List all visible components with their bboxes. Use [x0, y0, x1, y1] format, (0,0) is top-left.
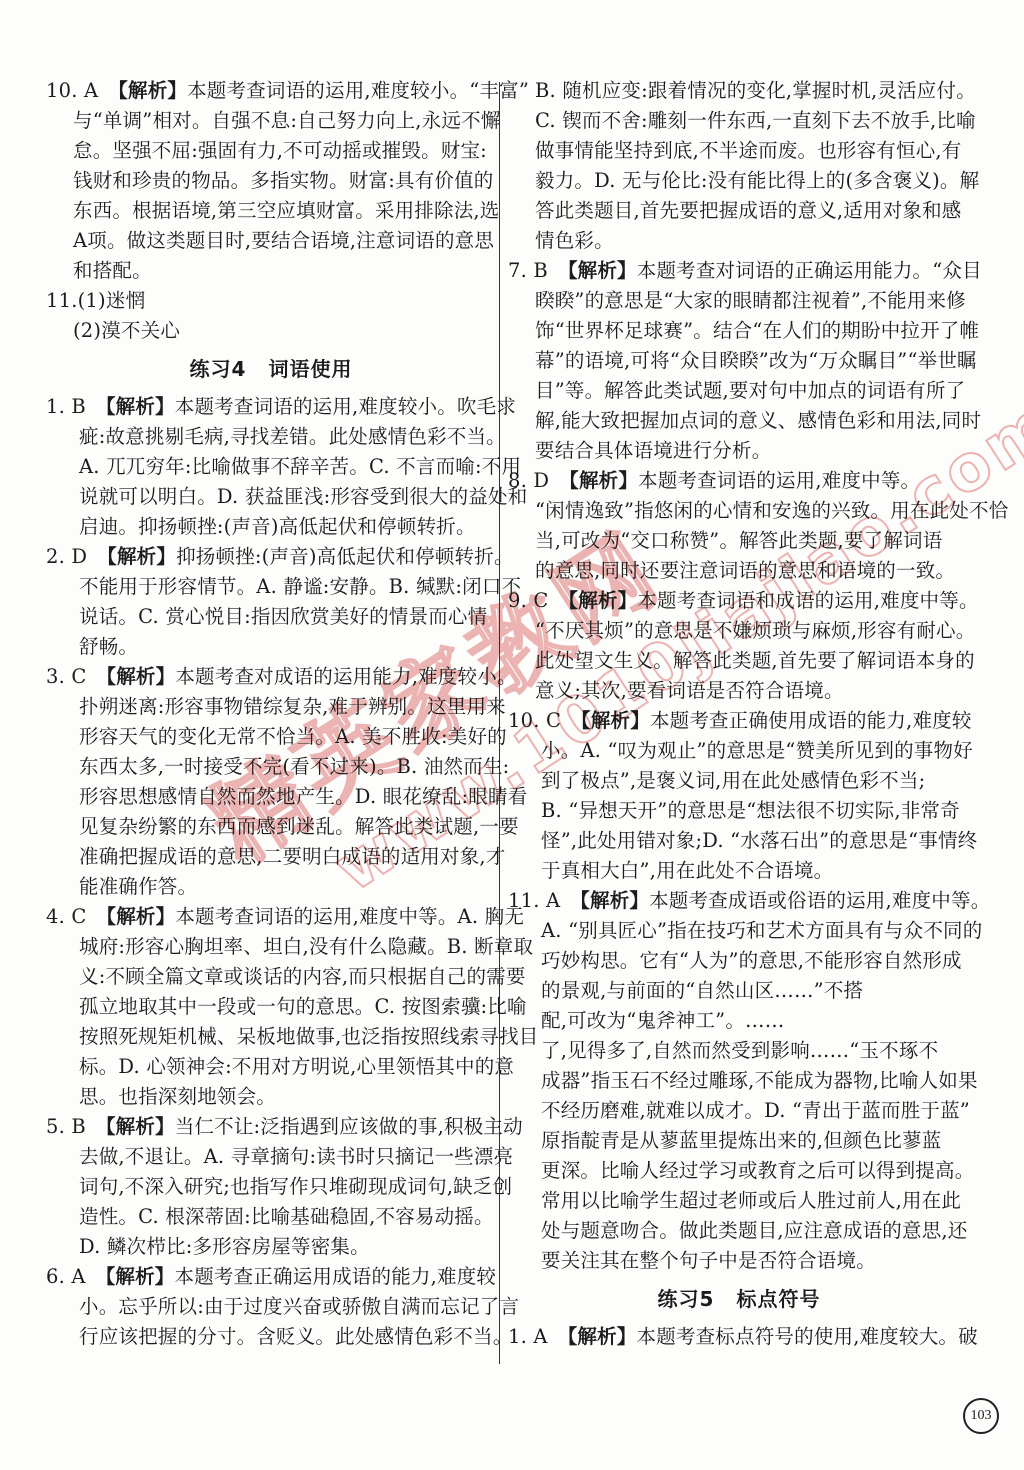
answer-text: 毅力。D. 无与伦比:没有能比得上的(多含褒义)。解 [508, 166, 970, 196]
answer-text: 睽睽”的意思是“大家的眼睛都注视着”,不能用来修 [508, 286, 970, 316]
answer-item-s4-6-continued: B. 随机应变:跟着情况的变化,掌握时机,灵活应付。 C. 锲而不舍:雕刻一件东… [508, 76, 970, 256]
section-title: 词语使用 [268, 357, 352, 381]
answer-number: 10. A [46, 76, 98, 106]
answer-text: A. “别具匠心”指在技巧和艺术方面具有与众不同的 [508, 916, 970, 946]
answer-text: 与“单调”相对。自强不息:自己努力向上,永远不懈 [46, 106, 496, 136]
answer-text: 本题考查词语的运用,难度中等。 [638, 469, 920, 492]
answer-text: C. 锲而不舍:雕刻一件东西,一直刻下去不放手,比喻 [508, 106, 970, 136]
answer-text: 说就可以明白。D. 获益匪浅:形容受到很大的益处和 [46, 482, 496, 512]
answer-text: 本题考查词语的运用,难度较小。“丰富” [187, 79, 529, 102]
answer-text: 本题考查词语的运用,难度中等。A. 胸无 [175, 905, 524, 928]
answer-number: 10. C [508, 706, 561, 736]
answer-item-s4-3: 3. C【解析】本题考查对成语的运用能力,难度较小。 扑朔迷离:形容事物错综复杂… [46, 662, 496, 902]
answer-item-s4-6: 6. A【解析】本题考查正确运用成语的能力,难度较 小。忘乎所以:由于过度兴奋或… [46, 1262, 496, 1352]
answer-text: “闲情逸致”指悠闲的心情和安逸的兴致。用在此处不恰 [508, 496, 970, 526]
right-column: B. 随机应变:跟着情况的变化,掌握时机,灵活应付。 C. 锲而不舍:雕刻一件东… [508, 76, 970, 1352]
answer-text: 要结合具体语境进行分析。 [508, 436, 970, 466]
answer-text: 扑朔迷离:形容事物错综复杂,难于辨别。这里用来 [46, 692, 496, 722]
analysis-tag: 【解析】 [97, 665, 176, 688]
answer-key-page: 精英家教网 www.1010jiajiao.com 10. A【解析】本题考查词… [0, 0, 1024, 1470]
analysis-tag: 【解析】 [559, 589, 638, 612]
analysis-tag: 【解析】 [97, 905, 176, 928]
answer-text: 本题考查词语和成语的运用,难度中等。 [637, 589, 978, 612]
section-heading-5: 练习5标点符号 [508, 1276, 970, 1322]
answer-text: 词句,不深入研究;也指写作只堆砌现成词句,缺乏创 [46, 1172, 496, 1202]
answer-number: 6. A [46, 1262, 86, 1292]
answer-text: D. 鳞次栉比:多形容房屋等密集。 [46, 1232, 496, 1262]
answer-text: 小。忘乎所以:由于过度兴奋或骄傲自满而忘记了言 [46, 1292, 496, 1322]
answer-text: A. 兀兀穷年:比喻做事不辞辛苦。C. 不言而喻:不用 [46, 452, 496, 482]
analysis-tag: 【解析】 [96, 1115, 175, 1138]
answer-text: 当仁不让:泛指遇到应该做的事,积极主动 [175, 1115, 523, 1138]
answer-text: 巧妙构思。它有“人为”的意思,不能形容自然形成 [508, 946, 970, 976]
analysis-tag: 【解析】 [96, 1265, 175, 1288]
answer-text: 当,可改为“交口称赞”。解答此类题,要了解词语 [508, 526, 970, 556]
answer-item-s4-5: 5. B【解析】当仁不让:泛指遇到应该做的事,积极主动 去做,不退让。A. 寻章… [46, 1112, 496, 1262]
answer-text: 本题考查标点符号的使用,难度较大。破 [637, 1325, 978, 1348]
answer-text: 按照死规矩机械、呆板地做事,也泛指按照线索寻找目 [46, 1022, 496, 1052]
answer-text: B. 随机应变:跟着情况的变化,掌握时机,灵活应付。 [508, 76, 970, 106]
answer-text: 形容天气的变化无常不恰当。A. 美不胜收:美好的 [46, 722, 496, 752]
answer-text: “不厌其烦”的意思是不嫌烦琐与麻烦,形容有耐心。 [508, 616, 970, 646]
answer-text: B. “异想天开”的意思是“想法很不切实际,非常奇 [508, 796, 970, 826]
answer-text: 的景观,与前面的“自然山区……”不搭 [508, 976, 970, 1006]
answer-text: 到了极点”,是褒义词,用在此处感情色彩不当; [508, 766, 970, 796]
page-number-badge: 103 [963, 1398, 999, 1434]
answer-number: 9. C [508, 586, 549, 616]
answer-text: 解,能大致把握加点词的意义、感情色彩和用法,同时 [508, 406, 970, 436]
section-label: 练习5 [658, 1287, 715, 1311]
answer-number: 7. B [508, 256, 548, 286]
answer-number: 2. D [46, 542, 87, 572]
answer-text: 形容思想感情自然而然地产生。D. 眼花缭乱:眼睛看 [46, 782, 496, 812]
analysis-tag: 【解析】 [571, 709, 650, 732]
left-column: 10. A【解析】本题考查词语的运用,难度较小。“丰富” 与“单调”相对。自强不… [46, 76, 496, 1352]
analysis-tag: 【解析】 [97, 545, 176, 568]
answer-text: 答此类题目,首先要把握成语的意义,适用对象和感 [508, 196, 970, 226]
answer-item-s4-8: 8. D【解析】本题考查词语的运用,难度中等。 “闲情逸致”指悠闲的心情和安逸的… [508, 466, 970, 586]
answer-number: 4. C [46, 902, 87, 932]
answer-text: 本题考查对词语的正确运用能力。“众目 [637, 259, 982, 282]
answer-text: 思。也指深刻地领会。 [46, 1082, 496, 1112]
answer-text: 去做,不退让。A. 寻章摘句:读书时只摘记一些漂亮 [46, 1142, 496, 1172]
answer-item-10: 10. A【解析】本题考查词语的运用,难度较小。“丰富” 与“单调”相对。自强不… [46, 76, 496, 286]
answer-text: 东西太多,一时接受不完(看不过来)。B. 油然而生: [46, 752, 496, 782]
answer-item-s4-4: 4. C【解析】本题考查词语的运用,难度中等。A. 胸无 城府:形容心胸坦率、坦… [46, 902, 496, 1112]
answer-text: 更深。比喻人经过学习或教育之后可以得到提高。 [508, 1156, 970, 1186]
answer-text: 本题考查成语或俗语的运用,难度中等。 [649, 889, 990, 912]
answer-text: 意义;其次,要看词语是否符合语境。 [508, 676, 970, 706]
answer-text: 义:不顾全篇文章或谈话的内容,而只根据自己的需要 [46, 962, 496, 992]
answer-number: 1. B [46, 392, 86, 422]
answer-item-s4-7: 7. B【解析】本题考查对词语的正确运用能力。“众目 睽睽”的意思是“大家的眼睛… [508, 256, 970, 466]
answer-text: 抑扬顿挫:(声音)高低起伏和停顿转折。 [176, 545, 514, 568]
answer-number: 11. [46, 286, 78, 316]
answer-text: 怪”,此处用错对象;D. “水落石出”的意思是“事情终 [508, 826, 970, 856]
answer-item-s4-9: 9. C【解析】本题考查词语和成语的运用,难度中等。 “不厌其烦”的意思是不嫌烦… [508, 586, 970, 706]
answer-text: 怠。坚强不屈:强固有力,不可动摇或摧毁。财宝: [46, 136, 496, 166]
answer-text: 行应该把握的分寸。含贬义。此处感情色彩不当。 [46, 1322, 496, 1352]
answer-text: 疵:故意挑剔毛病,寻找差错。此处感情色彩不当。 [46, 422, 496, 452]
answer-text: 处与题意吻合。做此类题目,应注意成语的意思,还 [508, 1216, 970, 1246]
answer-number: 1. A [508, 1322, 548, 1352]
analysis-tag: 【解析】 [558, 259, 637, 282]
answer-number: 5. B [46, 1112, 86, 1142]
answer-text: 本题考查对成语的运用能力,难度较小。 [175, 665, 516, 688]
answer-item-s4-11: 11. A【解析】本题考查成语或俗语的运用,难度中等。 A. “别具匠心”指在技… [508, 886, 970, 1276]
answer-text: 的意思,同时还要注意词语的意思和语境的一致。 [508, 556, 970, 586]
answer-text: 原指靛青是从蓼蓝里提炼出来的,但颜色比蓼蓝 [508, 1126, 970, 1156]
analysis-tag: 【解析】 [108, 79, 187, 102]
answer-text: 配,可改为“鬼斧神工”。…… [508, 1006, 970, 1036]
answer-text: 此处望文生义。解答此类题,首先要了解词语本身的 [508, 646, 970, 676]
answer-text: 见复杂纷繁的东西而感到迷乱。解答此类试题,一要 [46, 812, 496, 842]
answer-text: 标。D. 心领神会:不用对方明说,心里领悟其中的意 [46, 1052, 496, 1082]
analysis-tag: 【解析】 [570, 889, 649, 912]
answer-item-s4-10: 10. C【解析】本题考查正确使用成语的能力,难度较 小。A. “叹为观止”的意… [508, 706, 970, 886]
answer-text: 饰“世界杯足球赛”。结合“在人们的期盼中拉开了帷 [508, 316, 970, 346]
answer-item-11: 11.(1)迷惘 (2)漠不关心 [46, 286, 496, 346]
answer-text: 能准确作答。 [46, 872, 496, 902]
answer-text: 小。A. “叹为观止”的意思是“赞美所见到的事物好 [508, 736, 970, 766]
answer-text: 说话。C. 赏心悦目:指因欣赏美好的情景而心情 [46, 602, 496, 632]
answer-text: 目”等。解答此类试题,要对句中加点的词语有所了 [508, 376, 970, 406]
answer-text: 准确把握成语的意思,二要明白成语的适用对象,才 [46, 842, 496, 872]
answer-text: 城府:形容心胸坦率、坦白,没有什么隐藏。B. 断章取 [46, 932, 496, 962]
answer-text: (2)漠不关心 [46, 316, 496, 346]
answer-text: 启迪。抑扬顿挫:(声音)高低起伏和停顿转折。 [46, 512, 496, 542]
answer-number: 3. C [46, 662, 87, 692]
answer-text: (1)迷惘 [78, 289, 146, 312]
answer-text: 于真相大白”,用在此处不合语境。 [508, 856, 970, 886]
answer-text: 成器”指玉石不经过雕琢,不能成为器物,比喻人如果 [508, 1066, 970, 1096]
answer-text: 孤立地取其中一段或一句的意思。C. 按图索骥:比喻 [46, 992, 496, 1022]
section-title: 标点符号 [736, 1287, 820, 1311]
answer-item-s4-2: 2. D【解析】抑扬顿挫:(声音)高低起伏和停顿转折。 不能用于形容情节。A. … [46, 542, 496, 662]
analysis-tag: 【解析】 [559, 469, 638, 492]
answer-text: 钱财和珍贵的物品。多指实物。财富:具有价值的 [46, 166, 496, 196]
answer-text: 幕”的语境,可将“众目睽睽”改为“万众瞩目”“举世瞩 [508, 346, 970, 376]
analysis-tag: 【解析】 [96, 395, 175, 418]
answer-text: 做事情能坚持到底,不半途而废。也形容有恒心,有 [508, 136, 970, 166]
answer-text: 不经历磨难,就难以成才。D. “青出于蓝而胜于蓝” [508, 1096, 970, 1126]
answer-text: 不能用于形容情节。A. 静谧:安静。B. 缄默:闭口不 [46, 572, 496, 602]
answer-item-s4-1: 1. B【解析】本题考查词语的运用,难度较小。吹毛求 疵:故意挑剔毛病,寻找差错… [46, 392, 496, 542]
answer-text: 造性。C. 根深蒂固:比喻基础稳固,不容易动摇。 [46, 1202, 496, 1232]
answer-text: 常用以比喻学生超过老师或后人胜过前人,用在此 [508, 1186, 970, 1216]
answer-number: 8. D [508, 466, 549, 496]
answer-text: 情色彩。 [508, 226, 970, 256]
answer-text: A项。做这类题目时,要结合语境,注意词语的意思 [46, 226, 496, 256]
answer-item-s5-1: 1. A【解析】本题考查标点符号的使用,难度较大。破 [508, 1322, 970, 1352]
section-label: 练习4 [190, 357, 247, 381]
answer-number: 11. A [508, 886, 560, 916]
answer-text: 东西。根据语境,第三空应填财富。采用排除法,选 [46, 196, 496, 226]
answer-text: 舒畅。 [46, 632, 496, 662]
answer-text: 了,见得多了,自然而然受到影响……“玉不琢不 [508, 1036, 970, 1066]
answer-text: 本题考查正确运用成语的能力,难度较 [175, 1265, 497, 1288]
section-heading-4: 练习4词语使用 [46, 346, 496, 392]
answer-text: 本题考查正确使用成语的能力,难度较 [650, 709, 972, 732]
answer-text: 和搭配。 [46, 256, 496, 286]
answer-text: 要关注其在整个句子中是否符合语境。 [508, 1246, 970, 1276]
analysis-tag: 【解析】 [558, 1325, 637, 1348]
answer-text: 本题考查词语的运用,难度较小。吹毛求 [175, 395, 516, 418]
